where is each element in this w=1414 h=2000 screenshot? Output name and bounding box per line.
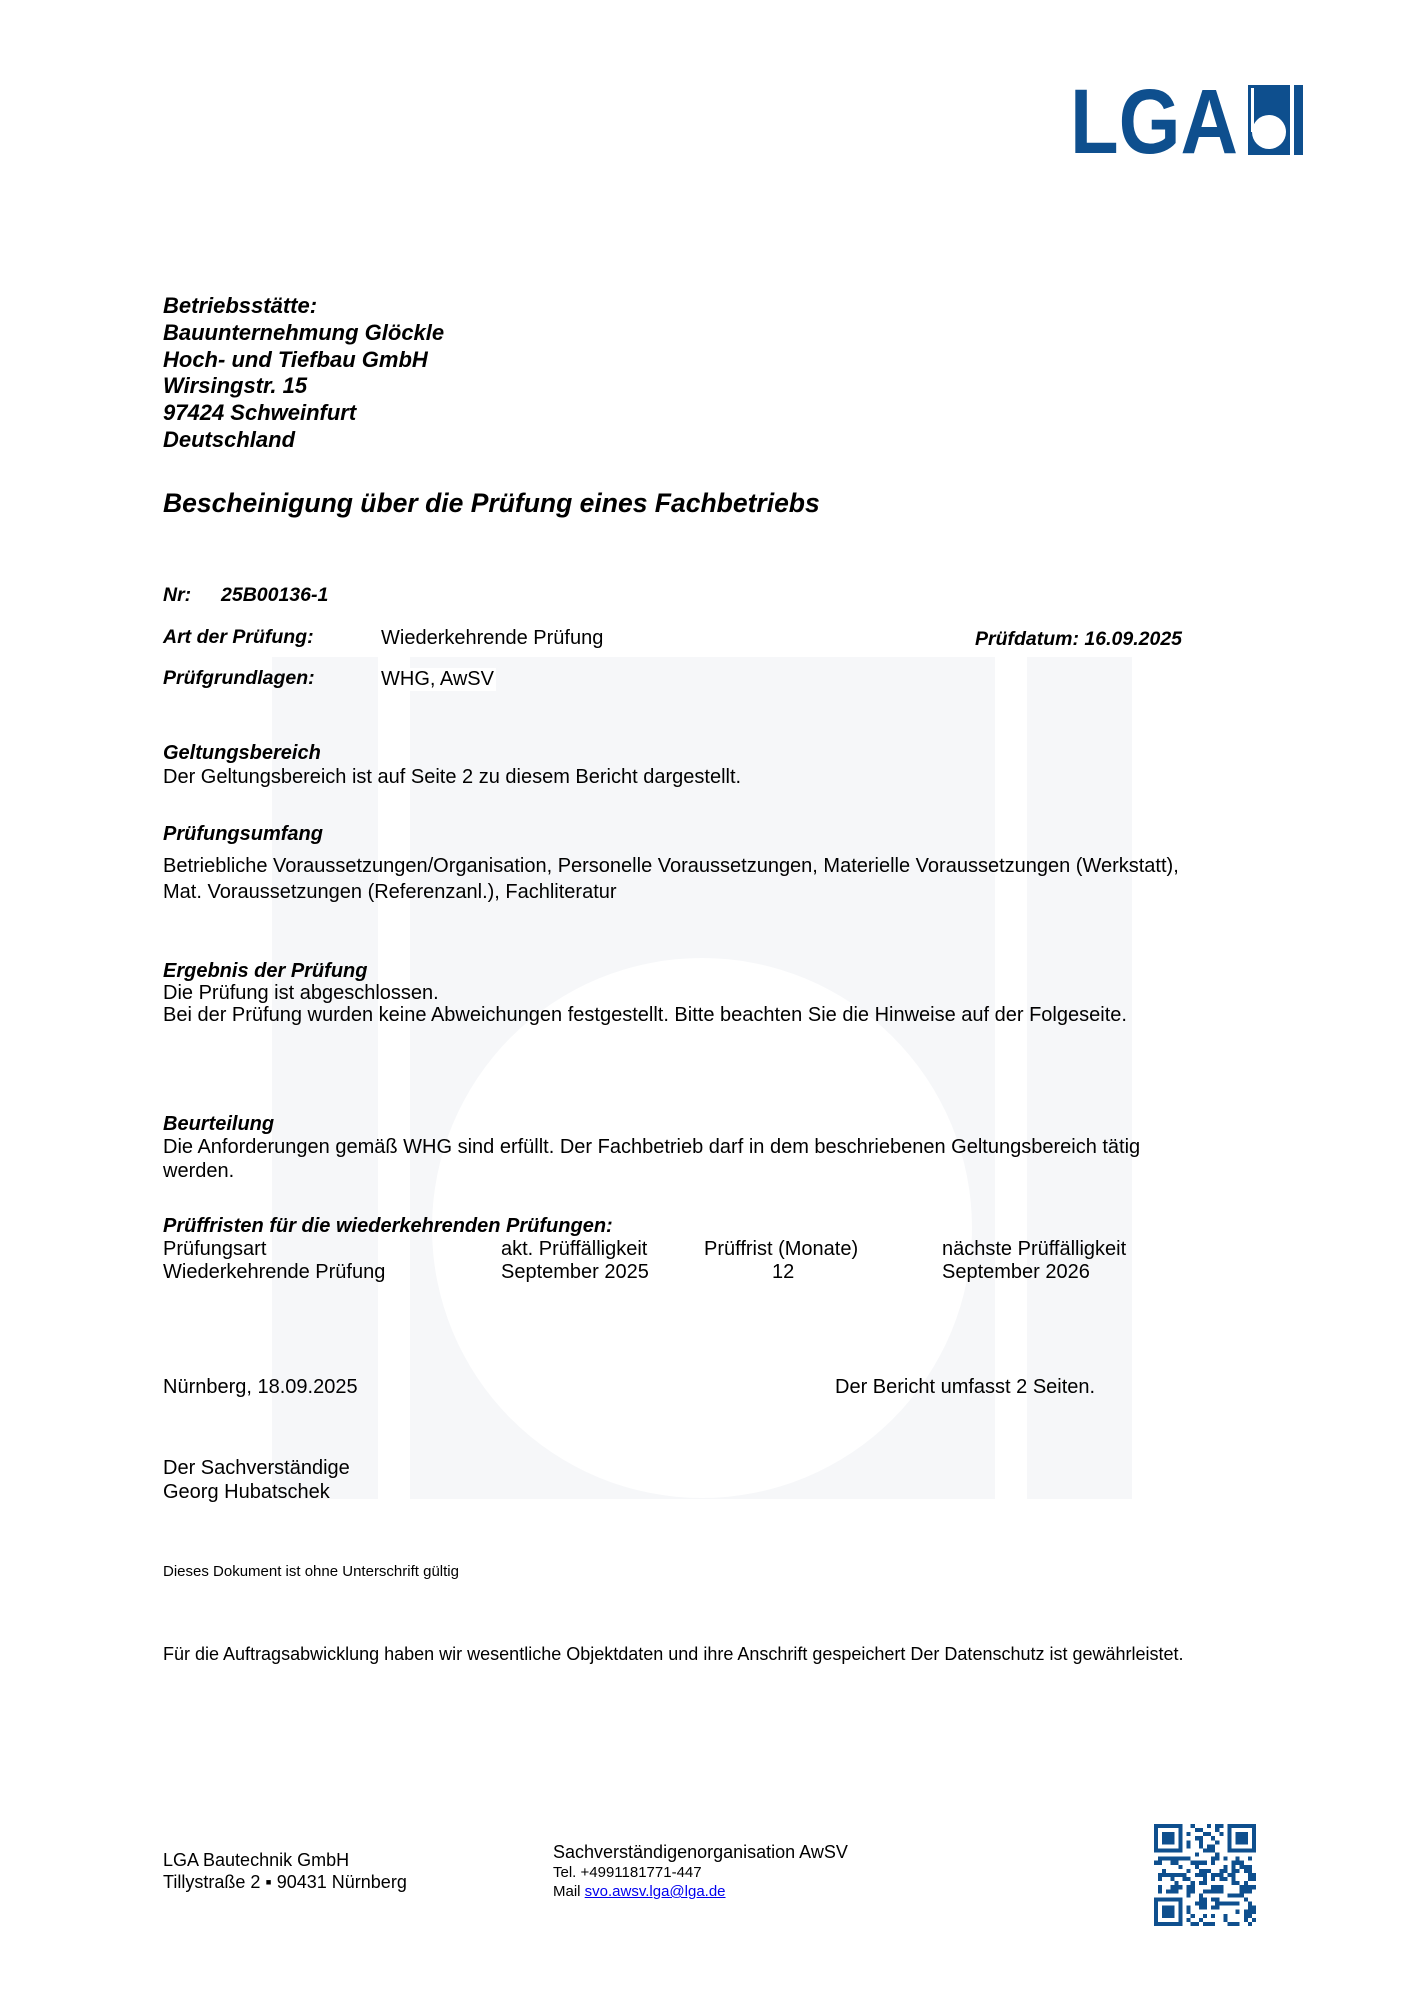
grundlagen-label: Prüfgrundlagen: <box>163 667 315 690</box>
lga-logo: LGA <box>1073 85 1313 155</box>
footer-mail: Mail svo.awsv.lga@lga.de <box>553 1882 848 1901</box>
fristen-cell: September 2026 <box>942 1261 1090 1284</box>
mail-label: Mail <box>553 1883 585 1900</box>
ergebnis-heading: Ergebnis der Prüfung <box>163 960 367 983</box>
art-label: Art der Prüfung: <box>163 626 314 649</box>
fristen-col-header: nächste Prüffälligkeit <box>942 1238 1126 1261</box>
signer-name: Georg Hubatschek <box>163 1481 330 1504</box>
fristen-col-header: Prüfungsart <box>163 1238 266 1261</box>
fristen-heading: Prüffristen für die wiederkehrenden Prüf… <box>163 1215 613 1238</box>
art-value: Wiederkehrende Prüfung <box>381 627 603 650</box>
pages-note: Der Bericht umfasst 2 Seiten. <box>835 1376 1095 1399</box>
site-address: Betriebsstätte: Bauunternehmung Glöckle … <box>163 293 444 454</box>
fristen-cell: Wiederkehrende Prüfung <box>163 1261 385 1284</box>
document-title: Bescheinigung über die Prüfung eines Fac… <box>163 488 820 519</box>
qr-code-icon[interactable] <box>1154 1824 1256 1926</box>
site-line: 97424 Schweinfurt <box>163 400 444 427</box>
footer-contact-block: Sachverständigenorganisation AwSV Tel. +… <box>553 1841 848 1901</box>
svg-text:LGA: LGA <box>1073 85 1238 155</box>
site-label: Betriebsstätte: <box>163 293 444 320</box>
footer-tel: Tel. +4991181771-447 <box>553 1863 848 1882</box>
geltungsbereich-heading: Geltungsbereich <box>163 742 321 765</box>
privacy-note: Für die Auftragsabwicklung haben wir wes… <box>163 1644 1184 1665</box>
fristen-col-header: akt. Prüffälligkeit <box>501 1238 647 1261</box>
watermark-bar-right <box>1027 657 1132 1499</box>
geltungsbereich-text: Der Geltungsbereich ist auf Seite 2 zu d… <box>163 766 741 789</box>
footer-address: Tillystraße 2 ▪ 90431 Nürnberg <box>163 1871 407 1893</box>
pruefdatum: Prüfdatum: 16.09.2025 <box>975 628 1182 651</box>
site-line: Hoch- und Tiefbau GmbH <box>163 347 444 374</box>
site-line: Bauunternehmung Glöckle <box>163 320 444 347</box>
footer-org: Sachverständigenorganisation AwSV <box>553 1841 848 1863</box>
nr-label: Nr: <box>163 584 191 607</box>
footer-company: LGA Bautechnik GmbH <box>163 1849 407 1871</box>
site-line: Wirsingstr. 15 <box>163 373 444 400</box>
ergebnis-line: Die Prüfung ist abgeschlossen. <box>163 982 439 1005</box>
beurteilung-line: werden. <box>163 1160 234 1183</box>
signer-role: Der Sachverständige <box>163 1457 350 1480</box>
unsigned-note: Dieses Dokument ist ohne Unterschrift gü… <box>163 1563 459 1580</box>
grundlagen-value: WHG, AwSV <box>381 668 496 691</box>
umfang-heading: Prüfungsumfang <box>163 823 323 846</box>
email-link[interactable]: svo.awsv.lga@lga.de <box>585 1883 726 1900</box>
fristen-cell: September 2025 <box>501 1261 649 1284</box>
ergebnis-line: Bei der Prüfung wurden keine Abweichunge… <box>163 1004 1127 1027</box>
umfang-line: Betriebliche Voraussetzungen/Organisatio… <box>163 855 1179 878</box>
fristen-col-header: Prüffrist (Monate) <box>704 1238 858 1261</box>
nr-value: 25B00136-1 <box>221 584 328 607</box>
place-date: Nürnberg, 18.09.2025 <box>163 1376 358 1399</box>
site-line: Deutschland <box>163 427 444 454</box>
umfang-line: Mat. Voraussetzungen (Referenzanl.), Fac… <box>163 881 617 904</box>
beurteilung-line: Die Anforderungen gemäß WHG sind erfüllt… <box>163 1136 1140 1159</box>
fristen-cell: 12 <box>772 1261 794 1284</box>
footer-company-block: LGA Bautechnik GmbH Tillystraße 2 ▪ 9043… <box>163 1849 407 1893</box>
beurteilung-heading: Beurteilung <box>163 1113 274 1136</box>
